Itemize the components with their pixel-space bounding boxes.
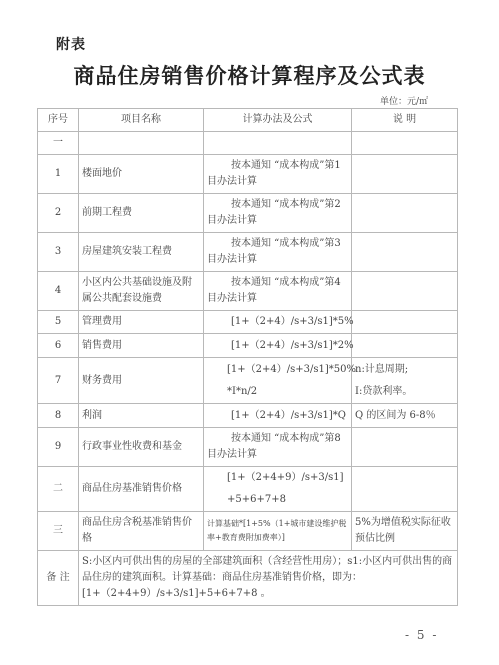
row-no: 3 [38,233,79,272]
row-name [79,132,204,155]
formula-line-2: *I*n/2 [207,384,348,400]
document-title: 商品住房销售价格计算程序及公式表 [0,60,499,90]
row-no: 8 [38,404,79,428]
row-formula: 按本通知 “成本构成”第8目办法计算 [204,428,352,467]
note-line-2: I:贷款利率。 [355,384,454,400]
row-note: 5%为增值税实际征收预估比例 [352,512,458,551]
row-note [352,194,458,233]
row-name: 小区内公共基础设施及附属公共配套设施费 [79,272,204,311]
row-no: 7 [38,358,79,404]
row-no: 2 [38,194,79,233]
row-name: 商品住房基准销售价格 [79,467,204,512]
row-no: 1 [38,155,79,194]
row-name: 前期工程费 [79,194,204,233]
row-formula: [1+（2+4）/s+3/s1]*Q [204,404,352,428]
row-formula: [1+（2+4）/s+3/s1]*2% [204,334,352,358]
row-no: 9 [38,428,79,467]
row-no: 4 [38,272,79,311]
table-row: 5 管理费用 [1+（2+4）/s+3/s1]*5% [38,311,458,334]
row-note: n:计息周期; I:贷款利率。 [352,358,458,404]
row-formula: 按本通知 “成本构成”第2目办法计算 [204,194,352,233]
table-row: 6 销售费用 [1+（2+4）/s+3/s1]*2% [38,334,458,358]
row-no: 5 [38,311,79,334]
unit-label: 单位：元/㎡ [380,94,428,107]
row-name: 商品住房含税基准销售价格 [79,512,204,551]
row-formula: 按本通知 “成本构成”第4目办法计算 [204,272,352,311]
row-no: 三 [38,512,79,551]
table-row: 4 小区内公共基础设施及附属公共配套设施费 按本通知 “成本构成”第4目办法计算 [38,272,458,311]
row-note [352,311,458,334]
table-row: 二 商品住房基准销售价格 [1+（2+4+9）/s+3/s1] +5+6+7+8 [38,467,458,512]
table-row: 2 前期工程费 按本通知 “成本构成”第2目办法计算 [38,194,458,233]
remarks-label: 备 注 [38,551,79,606]
formula-line-1: [1+（2+4+9）/s+3/s1] [207,470,348,486]
row-no: 6 [38,334,79,358]
row-note: Q 的区间为 6-8％ [352,404,458,428]
header-name: 项目名称 [79,109,204,132]
table-row: 7 财务费用 [1+（2+4）/s+3/s1]*50% *I*n/2 n:计息周… [38,358,458,404]
row-name: 销售费用 [79,334,204,358]
row-note [352,132,458,155]
row-note [352,233,458,272]
row-note [352,467,458,512]
header-no: 序号 [38,109,79,132]
row-note [352,272,458,311]
header-formula: 计算办法及公式 [204,109,352,132]
row-formula: 按本通知 “成本构成”第3目办法计算 [204,233,352,272]
table-row: 8 利润 [1+（2+4）/s+3/s1]*Q Q 的区间为 6-8％ [38,404,458,428]
formula-line-2: +5+6+7+8 [207,492,348,508]
row-formula: [1+（2+4）/s+3/s1]*50% *I*n/2 [204,358,352,404]
row-formula: 按本通知 “成本构成”第1目办法计算 [204,155,352,194]
table-row: 9 行政事业性收费和基金 按本通知 “成本构成”第8目办法计算 [38,428,458,467]
header-note: 说 明 [352,109,458,132]
row-note [352,334,458,358]
row-no: 二 [38,467,79,512]
row-formula: 计算基础*[1+5%（1+城市建设维护税率+教育费附加费率）] [204,512,352,551]
table-row: 三 商品住房含税基准销售价格 计算基础*[1+5%（1+城市建设维护税率+教育费… [38,512,458,551]
remarks-text: S:小区内可供出售的房屋的全部建筑面积（含经营性用房）；s1:小区内可供出售的商… [79,551,458,606]
row-name: 财务费用 [79,358,204,404]
row-formula: [1+（2+4+9）/s+3/s1] +5+6+7+8 [204,467,352,512]
row-note [352,428,458,467]
row-no: 一 [38,132,79,155]
formula-line-1: [1+（2+4）/s+3/s1]*50% [207,362,348,378]
row-name: 行政事业性收费和基金 [79,428,204,467]
row-name: 房屋建筑安装工程费 [79,233,204,272]
table-row: 一 [38,132,458,155]
row-name: 管理费用 [79,311,204,334]
page-number: - 5 - [405,628,438,642]
remarks-row: 备 注 S:小区内可供出售的房屋的全部建筑面积（含经营性用房）；s1:小区内可供… [38,551,458,606]
row-formula: [1+（2+4）/s+3/s1]*5% [204,311,352,334]
table-row: 1 楼面地价 按本通知 “成本构成”第1目办法计算 [38,155,458,194]
table-row: 3 房屋建筑安装工程费 按本通知 “成本构成”第3目办法计算 [38,233,458,272]
row-name: 楼面地价 [79,155,204,194]
row-note [352,155,458,194]
row-name: 利润 [79,404,204,428]
price-formula-table: 序号 项目名称 计算办法及公式 说 明 一 1 楼面地价 按本通知 “成本构成”… [37,108,458,606]
row-formula [204,132,352,155]
table-header-row: 序号 项目名称 计算办法及公式 说 明 [38,109,458,132]
note-line-1: n:计息周期; [355,362,454,378]
appendix-label: 附表 [56,34,86,54]
